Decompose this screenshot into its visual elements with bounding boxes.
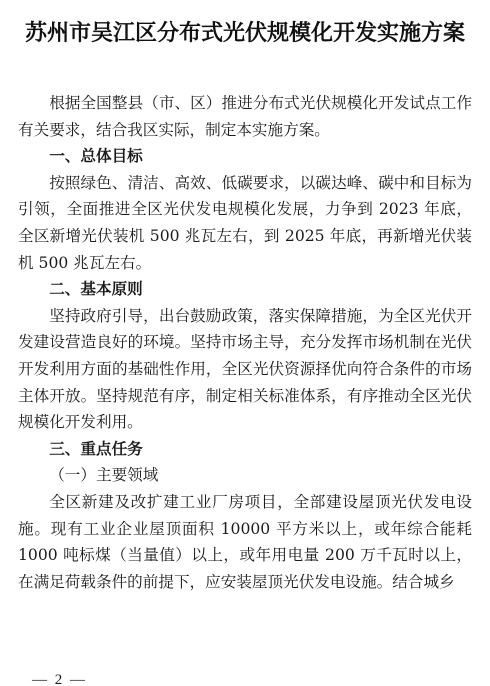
page-number: — 2 —: [32, 672, 87, 686]
section-paragraph-tasks: 全区新建及改扩建工业厂房项目，全部建设屋顶光伏发电设施。现有工业企业屋顶面积 1…: [18, 489, 472, 595]
document-title: 苏州市吴江区分布式光伏规模化开发实施方案: [0, 16, 490, 50]
intro-paragraph: 根据全国整县（市、区）推进分布式光伏规模化开发试点工作有关要求，结合我区实际，制…: [18, 90, 472, 143]
section-paragraph-principles: 坚持政府引导，出台鼓励政策，落实保障措施，为全区光伏开发建设营造良好的环境。坚持…: [18, 303, 472, 436]
section-heading-tasks: 三、重点任务: [18, 436, 472, 463]
document-page: 苏州市吴江区分布式光伏规模化开发实施方案 根据全国整县（市、区）推进分布式光伏规…: [0, 0, 490, 686]
section-heading-principles: 二、基本原则: [18, 276, 472, 303]
subsection-heading-main-areas: （一）主要领域: [18, 462, 472, 489]
document-body: 根据全国整县（市、区）推进分布式光伏规模化开发试点工作有关要求，结合我区实际，制…: [18, 90, 472, 595]
section-heading-goals: 一、总体目标: [18, 143, 472, 170]
section-paragraph-goals: 按照绿色、清洁、高效、低碳要求，以碳达峰、碳中和目标为引领，全面推进全区光伏发电…: [18, 170, 472, 276]
